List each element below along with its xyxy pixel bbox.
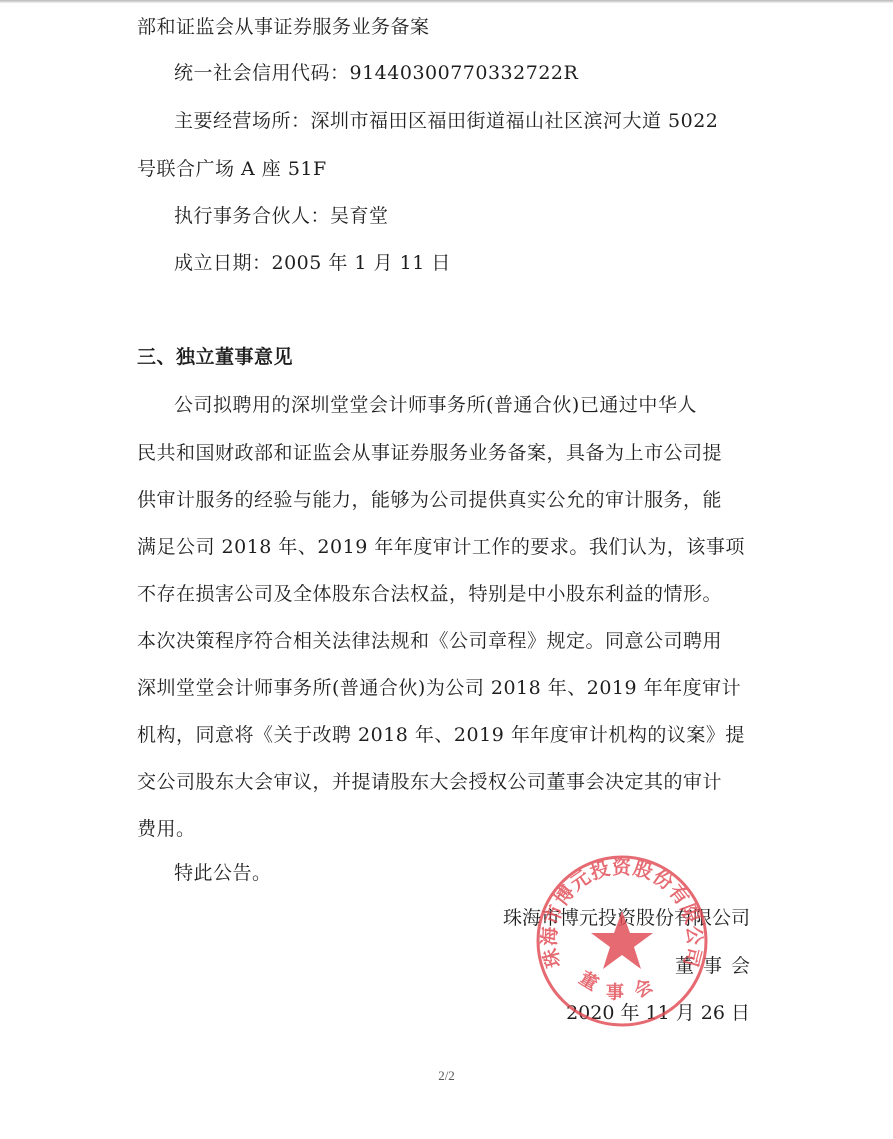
credit-code-line: 统一社会信用代码：91440300770332722R xyxy=(174,60,578,86)
section-heading: 三、独立董事意见 xyxy=(137,344,293,370)
signature-date: 2020 年 11 月 26 日 xyxy=(566,1000,750,1026)
document-page: 部和证监会从事证券服务业务备案 统一社会信用代码：914403007703327… xyxy=(0,0,893,1139)
paragraph-line: 满足公司 2018 年、2019 年年度审计工作的要求。我们认为，该事项 xyxy=(137,534,745,560)
paragraph-line: 本次决策程序符合相关法律法规和《公司章程》规定。同意公司聘用 xyxy=(137,628,722,654)
page-number: 2/2 xyxy=(0,1068,893,1084)
paragraph-line: 费用。 xyxy=(137,816,196,842)
text-line: 部和证监会从事证券服务业务备案 xyxy=(137,14,430,40)
founded-date-line: 成立日期：2005 年 1 月 11 日 xyxy=(174,250,451,276)
partner-line: 执行事务合伙人：吴育堂 xyxy=(174,203,389,229)
paragraph-line: 不存在损害公司及全体股东合法权益，特别是中小股东利益的情形。 xyxy=(137,581,722,607)
paragraph-line: 交公司股东大会审议，并提请股东大会授权公司董事会决定其的审计 xyxy=(137,769,722,795)
paragraph-line: 机构，同意将《关于改聘 2018 年、2019 年年度审计机构的议案》提 xyxy=(137,722,745,748)
address-line-1: 主要经营场所：深圳市福田区福田街道福山社区滨河大道 5022 xyxy=(174,108,718,134)
seal-bottom-text: 董事会 xyxy=(575,967,669,1004)
address-line-2: 号联合广场 A 座 51F xyxy=(137,156,327,182)
paragraph-line: 公司拟聘用的深圳堂堂会计师事务所(普通合伙)已通过中华人 xyxy=(174,392,697,418)
paragraph-line: 深圳堂堂会计师事务所(普通合伙)为公司 2018 年、2019 年年度审计 xyxy=(137,675,741,701)
closing-line: 特此公告。 xyxy=(174,860,272,886)
svg-text:董事会: 董事会 xyxy=(575,967,669,1004)
paragraph-line: 民共和国财政部和证监会从事证券服务业务备案，具备为上市公司提 xyxy=(137,440,722,466)
paragraph-line: 供审计服务的经验与能力，能够为公司提供真实公允的审计服务，能 xyxy=(137,487,722,513)
signature-board: 董事会 xyxy=(675,953,759,979)
signature-company: 珠海市博元投资股份有限公司 xyxy=(503,905,750,931)
